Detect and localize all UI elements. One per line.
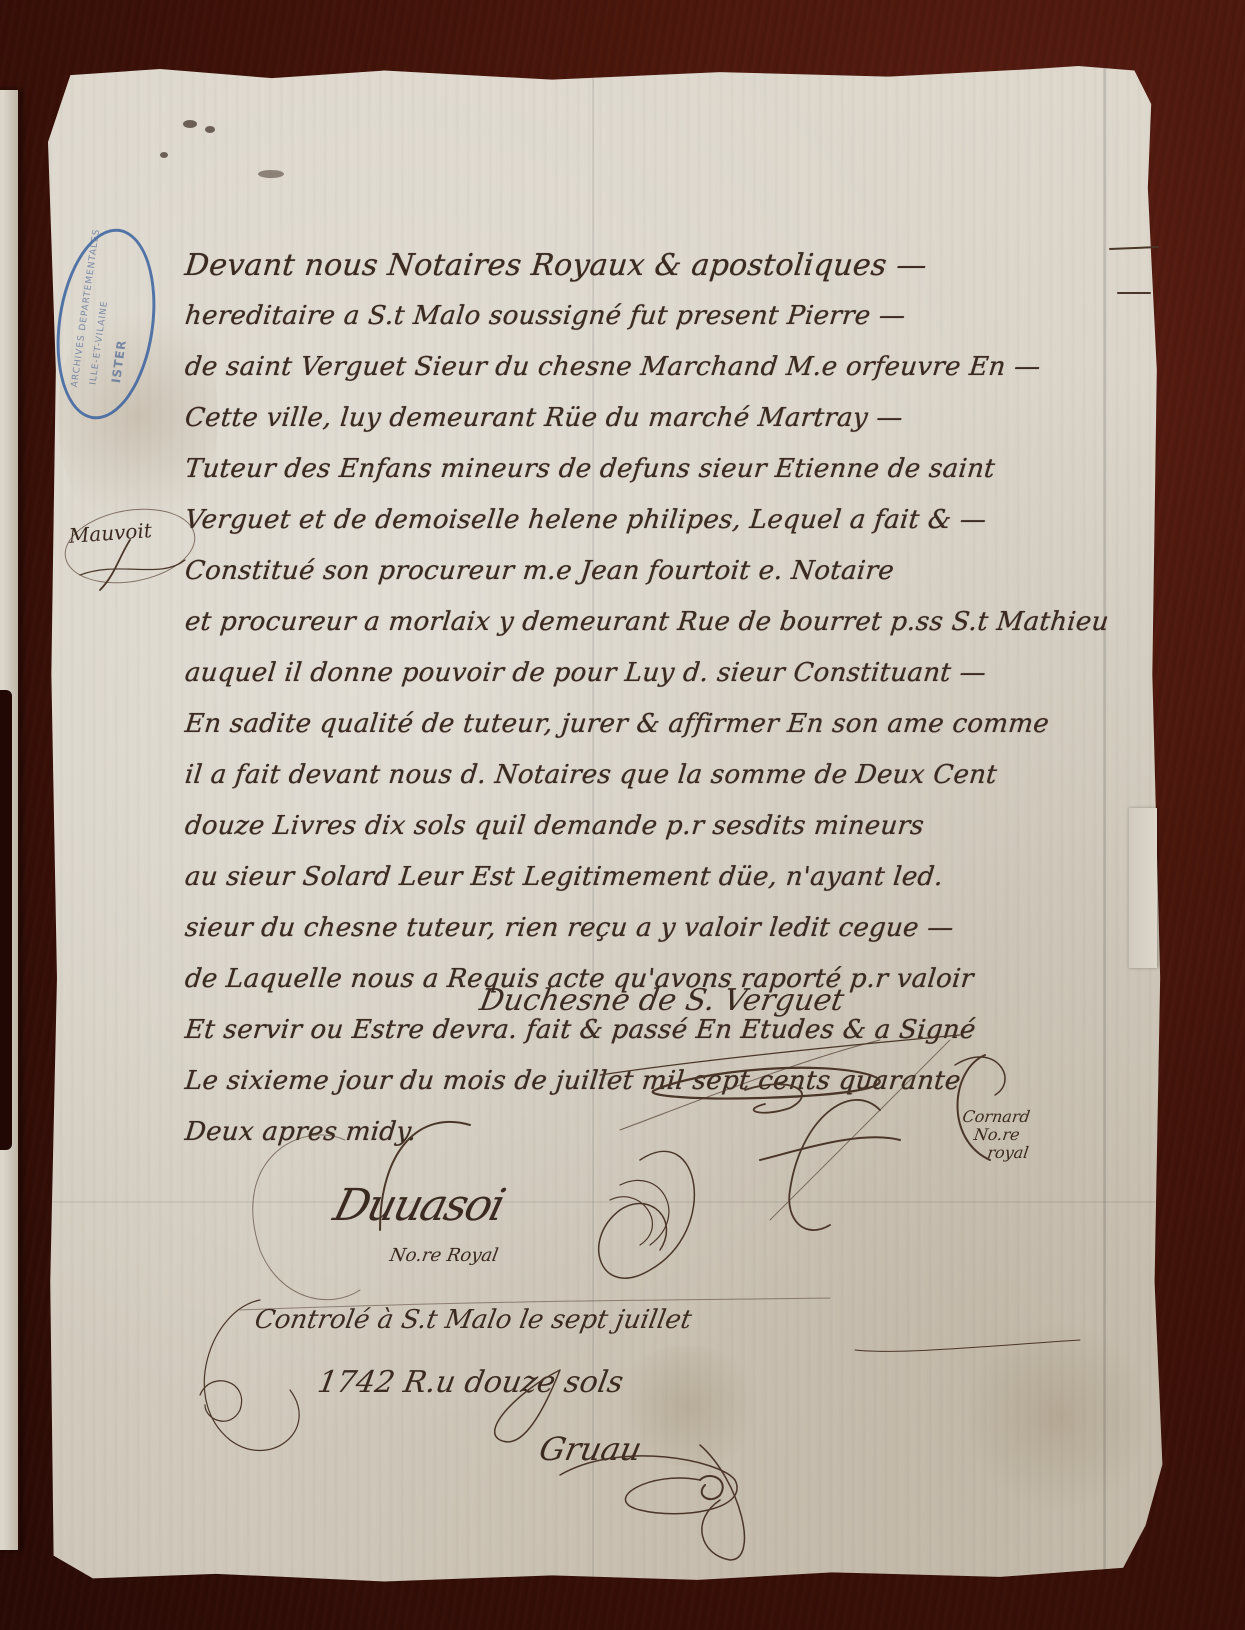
manuscript-line: auquel il donne pouvoir de pour Luy d. s… bbox=[182, 648, 1147, 699]
manuscript-line: Le sixieme jour du mois de juillet mil s… bbox=[182, 1056, 1147, 1107]
manuscript-line: douze Livres dix sols quil demande p.r s… bbox=[182, 801, 1147, 852]
stamp-text-line: ISTER bbox=[109, 303, 134, 384]
manuscript-line: et procureur a morlaix y demeurant Rue d… bbox=[182, 597, 1147, 648]
manuscript-line: sieur du chesne tuteur, rien reçu a y va… bbox=[182, 903, 1147, 954]
signature-line: No.re bbox=[959, 1126, 1033, 1144]
manuscript-line: Devant nous Notaires Royaux & apostoliqu… bbox=[182, 240, 1147, 291]
signature-notary: Duuasoi bbox=[329, 1180, 509, 1231]
paper-stain bbox=[968, 1316, 1148, 1516]
control-registration-line: 1742 R.u douze sols bbox=[315, 1365, 626, 1400]
signature-line: Cornard bbox=[961, 1108, 1035, 1126]
horizontal-fold-crease bbox=[48, 1201, 1168, 1203]
ink-blot bbox=[183, 120, 197, 128]
manuscript-line: il a fait devant nous d. Notaires que la… bbox=[182, 750, 1147, 801]
ink-blot bbox=[258, 170, 284, 178]
manuscript-line: hereditaire a S.t Malo soussigné fut pre… bbox=[182, 291, 1147, 342]
manuscript-line: Tuteur des Enfans mineurs de defuns sieu… bbox=[182, 444, 1147, 495]
margin-note: Mauvoit bbox=[68, 516, 182, 584]
signature-second-notary: Cornard No.re royal bbox=[956, 1108, 1035, 1162]
manuscript-line: Verguet et de demoiselle helene philipes… bbox=[182, 495, 1147, 546]
manuscript-body: Devant nous Notaires Royaux & apostoliqu… bbox=[185, 240, 1145, 1158]
manuscript-line: Cette ville, luy demeurant Rüe du marché… bbox=[182, 393, 1147, 444]
signature-party: Duchesne de S. Verguet bbox=[477, 983, 847, 1018]
signature-line: royal bbox=[956, 1144, 1030, 1162]
control-registration-line: Controlé à S.t Malo le sept juillet bbox=[252, 1305, 694, 1335]
ink-blot bbox=[160, 152, 168, 158]
manuscript-line: En sadite qualité de tuteur, jurer & aff… bbox=[182, 699, 1147, 750]
manuscript-line: Constitué son procureur m.e Jean fourtoi… bbox=[182, 546, 1147, 597]
manuscript-line: au sieur Solard Leur Est Legitimement dü… bbox=[182, 852, 1147, 903]
signature-controller: Gruau bbox=[536, 1430, 645, 1468]
signature-notary-title: No.re Royal bbox=[388, 1245, 500, 1266]
manuscript-line: de saint Verguet Sieur du chesne Marchan… bbox=[182, 342, 1147, 393]
sheet-gap-shadow bbox=[0, 690, 12, 1150]
ink-blot bbox=[205, 126, 215, 133]
adjacent-sheet-edge bbox=[0, 90, 20, 1550]
